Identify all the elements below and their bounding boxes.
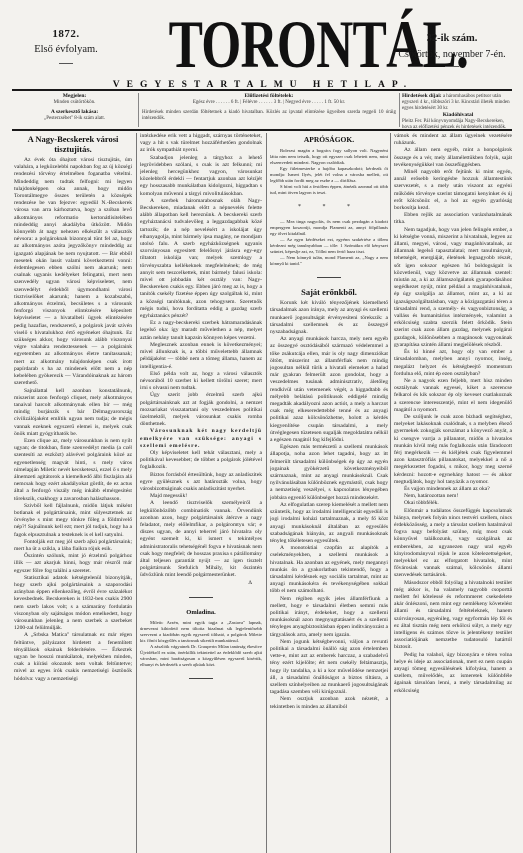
column-2: intézkedése erik vett a higgadt, szárnya…: [140, 133, 262, 848]
paragraph: Korunk két kiváló tényezőjének kiemelhet…: [270, 300, 388, 336]
author-sign: Δ: [140, 580, 262, 587]
paragraph: Városunknak két nagy kerdeltjü emelkyére…: [140, 428, 262, 450]
stars-divider: * * *: [270, 204, 388, 211]
paragraph: Ebben rejlik az association varázshatalm…: [394, 212, 512, 226]
newspaper-title: TORONTÁL.: [169, 12, 372, 79]
paragraph: De szóljunk le csak azon bizhadi segítsé…: [394, 414, 512, 486]
info-ads: Hirdetések díjai: a háromhasábos petitso…: [400, 93, 514, 127]
info-appearance: Megjelen: Minden csütörtökön. A szerkesz…: [12, 93, 137, 127]
paragraph: Nem jogunk kétségbevonni, váljon a revun…: [270, 639, 388, 697]
masthead-left: 1872. Első évfolyam.: [20, 28, 112, 64]
section-divider: [317, 277, 341, 278]
paragraph: Az évek óta óhajtott városi tisztujitás,…: [14, 157, 132, 388]
paragraph: Az anyagi munkások harcza, mely nem egyé…: [270, 336, 388, 444]
paragraph: Nem tagadjuk, hogy van jelen felingén em…: [394, 227, 512, 349]
subscription-text: Egész évre . . . . . . 6 ft. | Félévre .…: [139, 100, 399, 106]
ad-fees-title: Hirdetések díjai:: [402, 93, 442, 99]
anecdote: S bírni volt hiú a festőlem éppen, átnéz…: [270, 184, 388, 196]
issue-date: Csötörtök, november 7-én.: [392, 49, 512, 60]
divider: [59, 63, 73, 64]
paragraph: Első példa volt az, hogy a városi válasz…: [140, 371, 262, 393]
article-headline: Saját erőnkből.: [270, 288, 388, 298]
column-4: vámok és mindent az állam ügyeinek vezet…: [394, 133, 512, 848]
anecdote: Egy fületmesterke a hajóba kapaszkodott;…: [270, 166, 388, 184]
subscription-title: Előfizetési föltételek:: [244, 93, 293, 99]
appears-title: Megjelen:: [63, 93, 87, 99]
paragraph: Okai többfélék.: [394, 500, 512, 507]
info-band: Megjelen: Minden csütörtökön. A szerkesz…: [12, 93, 512, 127]
anecdote: — Mea tinga nagyolás, ős nem csak pezdag…: [270, 219, 388, 237]
paragraph: Nem osztjuk azonban azok nézetét, a teki…: [270, 696, 388, 710]
paragraph: Úgy szerit jobb érzelmű szerb ajkú polgá…: [140, 392, 262, 428]
masthead-right: 32-ik szám. Csötörtök, november 7-én.: [392, 33, 512, 67]
paragraph: Statisztikai adatok kétségtelenül bizony…: [14, 575, 132, 633]
paragraph: És ki hinné azt, hogy oly van ember a tá…: [394, 349, 512, 378]
paragraph: Ezen clique az, mely városunkban is nem …: [14, 438, 132, 503]
paragraph: Oly képviseletet kell tehát választani, …: [140, 450, 262, 472]
paragraph: Egészen más természetű a szellemi munkás…: [270, 444, 388, 502]
article-headline: A Nagy-Becskerek városi tisztujitás.: [14, 135, 132, 154]
paragraph: Sajnálattal kell azonban konstatálnunk, …: [14, 388, 132, 438]
paragraph: Előnmár a tudálatos összefüggés kapcsola…: [394, 508, 512, 580]
paragraph: A „Srbska Matica" társulatnak ez már rég…: [14, 632, 132, 682]
info-subscription: Előfizetési föltételek: Egész évre . . .…: [138, 93, 400, 127]
paragraph: Ne a nagyok ezen feljebb, mert hisz mind…: [394, 378, 512, 414]
divider: [445, 66, 459, 67]
paragraph: Szabadjon jelenleg a tárgyhoz a lehető l…: [140, 155, 262, 198]
paragraph: Pedig ha valahol, úgy bizonyára e téren …: [394, 652, 512, 695]
volume: Első évfolyam.: [20, 44, 112, 55]
header-rule-bottom: [12, 129, 512, 131]
section-divider: [189, 678, 213, 679]
paragraph: A szerbek háromarabosnak oláh Nagy-Becsk…: [140, 198, 262, 320]
paragraph: Meglesznek azonban ennek is következmény…: [140, 342, 262, 371]
paragraph: Minél nagyobb erőt fejtünk ki mint egyén…: [394, 169, 512, 212]
paragraph: A leendő tisztviselők személyeiről a leg…: [140, 500, 262, 579]
column-divider: [390, 133, 391, 853]
ads-text: Hirdetések minden szerdán föltétetnek a …: [139, 110, 399, 122]
paragraph: Miletic Arzén, mint egyik tagja a „Zasta…: [140, 620, 262, 644]
editor-title: A szerkesztő lakása:: [51, 109, 98, 115]
paragraph: Az elfogulatlan szerep kiemelését a mell…: [270, 502, 388, 545]
paragraph: Nem régiben egyik jeles államférfiunk a …: [270, 596, 388, 639]
paragraph: Az állam nem egyéb, mint a honpolgárok ö…: [394, 147, 512, 169]
year: 1872.: [20, 28, 112, 40]
paragraph: A zászlóik vágyainek Dr. Grauperin Milan…: [140, 644, 262, 668]
column-3: APRÓSÁGOK. Bolerzsi magán a bogrács fogy…: [270, 133, 388, 848]
anecdote: — Nem könnyű tulán, mond Flamenti az, „N…: [270, 255, 388, 267]
paragraph: Őszintén szólunk, mint jó érzelmű polgár…: [14, 553, 132, 575]
column-divider: [136, 133, 137, 853]
paragraph: Fontolják ezt meg jól szerb ajkú polgárt…: [14, 539, 132, 553]
paragraph: intézkedése erik vett a higgadt, szárnya…: [140, 133, 262, 155]
publisher-title: Kiadóhivatal: [443, 112, 474, 118]
paragraph: vámok és mindent az állam ügyeinek vezet…: [394, 133, 512, 147]
section-divider: [189, 597, 213, 598]
paragraph: Másodszor ebből folyólag a hivatalnoki t…: [394, 580, 512, 652]
header-rule-top: [12, 89, 512, 91]
news-headline: Omladina.: [140, 608, 262, 618]
paragraph: És vajjon mindennek az állam az oka?: [394, 486, 512, 493]
section-headline: APRÓSÁGOK.: [270, 135, 388, 145]
anecdote: Bolerzsi magán a bogrács fogy sallyon vo…: [270, 148, 388, 166]
column-divider: [266, 133, 267, 853]
issue-number: 32-ik szám.: [392, 33, 512, 44]
anecdote: — Az egyn kérdéseket ezt, egyénn szakért…: [270, 237, 388, 255]
editor-text: „Pesterzsébet" 8-ik szám alatt.: [12, 116, 137, 122]
paragraph: A monotoktiai czopfán az alapítók a csel…: [270, 545, 388, 595]
paragraph: Majd megessük!: [140, 493, 262, 500]
appears-text: Minden csütörtökön.: [12, 100, 137, 106]
paragraph: Biztos forrásból értesültünk, hogy az an…: [140, 472, 262, 494]
newspaper-page: 1872. Első évfolyam. TORONTÁL. VEGYESTAR…: [0, 0, 523, 853]
paragraph: Ez a nagy-becskereki szerbek hátramaradá…: [140, 320, 262, 342]
paragraph: Szivből kell fájlalnunk, midőn látjuk mi…: [14, 503, 132, 539]
column-1: A Nagy-Becskerek városi tisztujitás. Az …: [14, 133, 132, 848]
